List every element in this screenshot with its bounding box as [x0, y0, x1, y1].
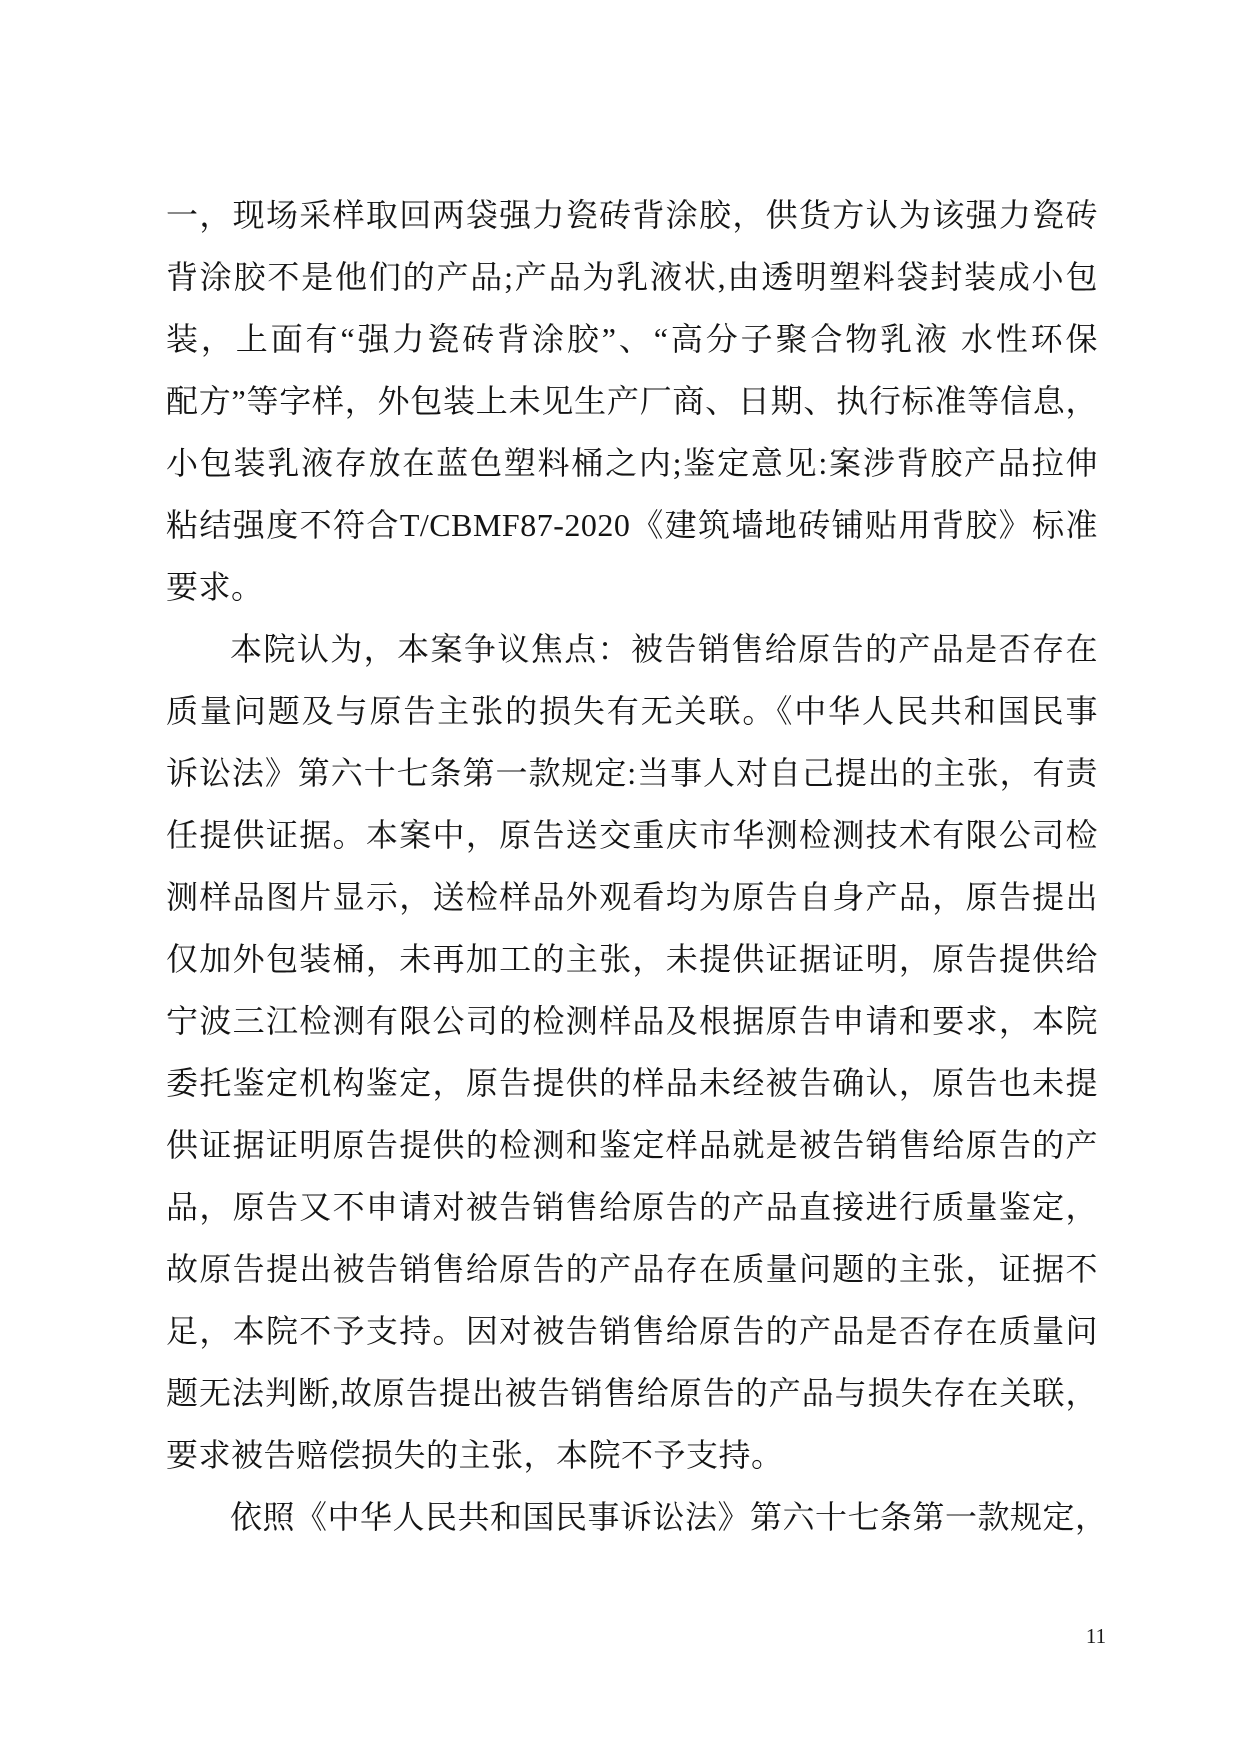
- text-line: 装，上面有“强力瓷砖背涂胶”、“高分子聚合物乳液 水性环保: [166, 308, 1098, 370]
- text-line: 故原告提出被告销售给原告的产品存在质量问题的主张，证据不: [166, 1238, 1098, 1300]
- text-line: 品，原告又不申请对被告销售给原告的产品直接进行质量鉴定，: [166, 1176, 1098, 1238]
- text-line: 供证据证明原告提供的检测和鉴定样品就是被告销售给原告的产: [166, 1114, 1098, 1176]
- text-line: 宁波三江检测有限公司的检测样品及根据原告申请和要求，本院: [166, 990, 1098, 1052]
- text-line: 背涂胶不是他们的产品;产品为乳液状,由透明塑料袋封装成小包: [166, 246, 1098, 308]
- text-line: 要求。: [166, 556, 1098, 618]
- text-line: 任提供证据。本案中，原告送交重庆市华测检测技术有限公司检: [166, 804, 1098, 866]
- text-line: 足，本院不予支持。因对被告销售给原告的产品是否存在质量问: [166, 1300, 1098, 1362]
- text-line: 要求被告赔偿损失的主张，本院不予支持。: [166, 1424, 1098, 1486]
- document-body: 一，现场采样取回两袋强力瓷砖背涂胶，供货方认为该强力瓷砖 背涂胶不是他们的产品;…: [166, 184, 1098, 1548]
- text-line: 本院认为，本案争议焦点：被告销售给原告的产品是否存在: [166, 618, 1098, 680]
- text-line: 一，现场采样取回两袋强力瓷砖背涂胶，供货方认为该强力瓷砖: [166, 184, 1098, 246]
- text-line: 诉讼法》第六十七条第一款规定:当事人对自己提出的主张，有责: [166, 742, 1098, 804]
- text-line: 小包装乳液存放在蓝色塑料桶之内;鉴定意见:案涉背胶产品拉伸: [166, 432, 1098, 494]
- document-page: 一，现场采样取回两袋强力瓷砖背涂胶，供货方认为该强力瓷砖 背涂胶不是他们的产品;…: [0, 0, 1241, 1754]
- text-line: 粘结强度不符合T/CBMF87-2020《建筑墙地砖铺贴用背胶》标准: [166, 494, 1098, 556]
- text-line: 仅加外包装桶，未再加工的主张，未提供证据证明，原告提供给: [166, 928, 1098, 990]
- text-line: 配方”等字样，外包装上未见生产厂商、日期、执行标准等信息，: [166, 370, 1098, 432]
- page-number: 11: [1076, 1622, 1116, 1650]
- text-line: 依照《中华人民共和国民事诉讼法》第六十七条第一款规定，: [166, 1486, 1098, 1548]
- text-line: 测样品图片显示，送检样品外观看均为原告自身产品，原告提出: [166, 866, 1098, 928]
- text-line: 题无法判断,故原告提出被告销售给原告的产品与损失存在关联，: [166, 1362, 1098, 1424]
- text-line: 委托鉴定机构鉴定，原告提供的样品未经被告确认，原告也未提: [166, 1052, 1098, 1114]
- text-line: 质量问题及与原告主张的损失有无关联。《中华人民共和国民事: [166, 680, 1098, 742]
